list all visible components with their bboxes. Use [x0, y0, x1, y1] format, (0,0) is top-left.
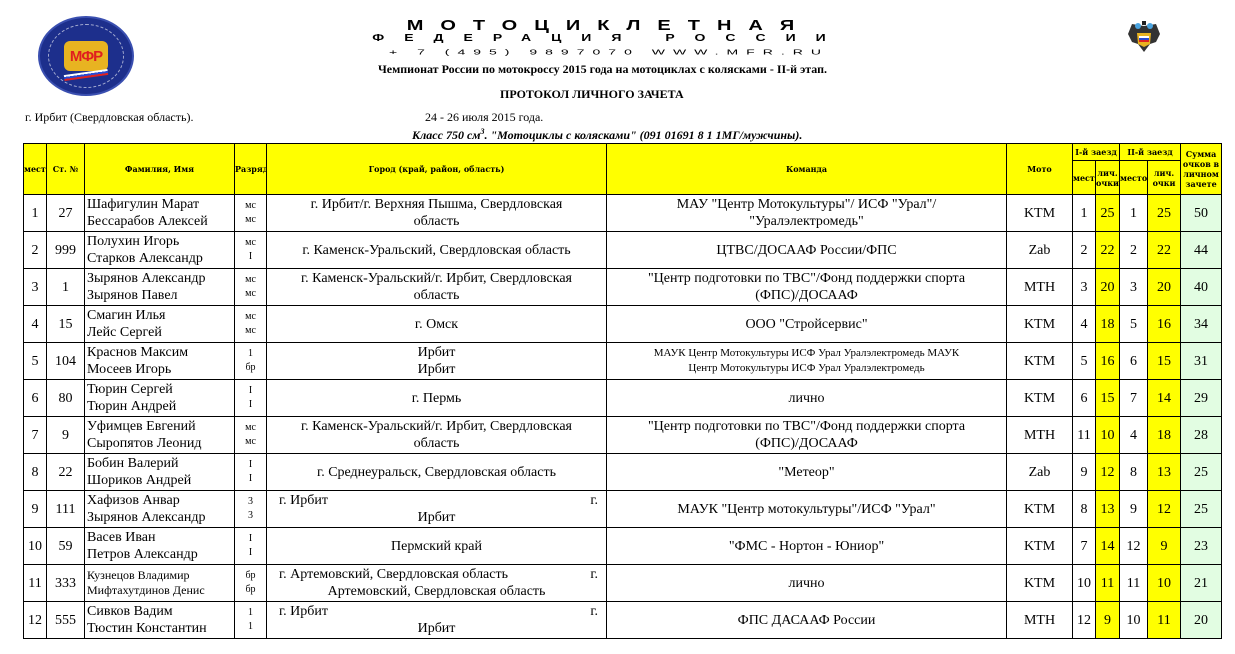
table-row: 2999Полухин ИгорьСтарков АлександрмсIг. …	[24, 232, 1222, 269]
total-cell: 25	[1181, 491, 1222, 528]
team-line-1: "Центр подготовки по ТВС"/Фонд поддержки…	[607, 418, 1006, 435]
city-line-1b: г.	[590, 492, 598, 509]
rank-cell: II	[235, 454, 267, 491]
names-cell: Уфимцев ЕвгенийСыропятов Леонид	[85, 417, 235, 454]
city-cell: г. Ирбитг.Ирбит	[267, 602, 607, 639]
banner-contacts: + 7 (495) 9897070 WWW.MFR.RU	[244, 48, 974, 56]
team-cell: "Центр подготовки по ТВС"/Фонд поддержки…	[607, 269, 1007, 306]
start-no-cell: 333	[47, 565, 85, 602]
team-cell: "ФМС - Нортон - Юниор"	[607, 528, 1007, 565]
city-line-2: область	[267, 287, 606, 304]
moto-cell: MTH	[1007, 269, 1073, 306]
moto-cell: KTM	[1007, 565, 1073, 602]
race1-points-cell: 10	[1096, 417, 1120, 454]
team-cell: МАУК Центр Мотокультуры ИСФ Урал Уралэле…	[607, 343, 1007, 380]
names-cell: Бобин ВалерийШориков Андрей	[85, 454, 235, 491]
city-line-1: г. Ирбит	[279, 603, 328, 620]
col-team: Команда	[607, 144, 1007, 195]
race1-place-cell: 8	[1073, 491, 1096, 528]
banner-line-2: ФЕДЕРАЦИЯ РОССИИ	[244, 34, 974, 42]
race2-points-cell: 10	[1148, 565, 1181, 602]
rider-name: Смагин Илья	[87, 307, 234, 324]
moto-cell: KTM	[1007, 343, 1073, 380]
team-line-1: "ФМС - Нортон - Юниор"	[607, 538, 1006, 555]
city-line-2: Ирбит	[267, 620, 606, 637]
col-moto: Мото	[1007, 144, 1073, 195]
city-line-1: г. Пермь	[267, 390, 606, 407]
race2-points-cell: 11	[1148, 602, 1181, 639]
team-cell: ФПС ДАСААФ России	[607, 602, 1007, 639]
race2-place-cell: 10	[1120, 602, 1148, 639]
city-line-1b: г.	[590, 603, 598, 620]
passenger-name: Бессарабов Алексей	[87, 213, 234, 230]
race2-points-cell: 15	[1148, 343, 1181, 380]
place-cell: 5	[24, 343, 47, 380]
race2-points-cell: 22	[1148, 232, 1181, 269]
city-line-1: г. Каменск-Уральский/г. Ирбит, Свердловс…	[267, 418, 606, 435]
championship-title: Чемпионат России по мотокроссу 2015 года…	[0, 62, 1235, 77]
table-row: 11333Кузнецов ВладимирМифтахутдинов Дени…	[24, 565, 1222, 602]
race1-points-cell: 18	[1096, 306, 1120, 343]
race1-place-cell: 2	[1073, 232, 1096, 269]
protocol-title: ПРОТОКОЛ ЛИЧНОГО ЗАЧЕТА	[500, 87, 684, 102]
col-total: Сумма очков в личном зачете	[1181, 144, 1222, 195]
race2-place-cell: 8	[1120, 454, 1148, 491]
rank-1: 1	[235, 606, 266, 620]
team-line-1: ЦТВС/ДОСААФ России/ФПС	[607, 242, 1006, 259]
rank-1: мс	[235, 236, 266, 250]
rank-cell: II	[235, 528, 267, 565]
place-cell: 10	[24, 528, 47, 565]
col-race1: I-й заезд	[1073, 144, 1120, 161]
start-no-cell: 111	[47, 491, 85, 528]
city-line-2: Артемовский, Свердловская область	[267, 583, 606, 600]
team-cell: лично	[607, 380, 1007, 417]
city-line-1: Пермский край	[267, 538, 606, 555]
rank-2: I	[235, 472, 266, 486]
race1-place-cell: 10	[1073, 565, 1096, 602]
table-row: 9111Хафизов АнварЗырянов Александр33г. И…	[24, 491, 1222, 528]
passenger-name: Сыропятов Леонид	[87, 435, 234, 452]
place-cell: 4	[24, 306, 47, 343]
city-cell: Пермский край	[267, 528, 607, 565]
race1-points-cell: 13	[1096, 491, 1120, 528]
names-cell: Тюрин СергейТюрин Андрей	[85, 380, 235, 417]
col-race1-place: место	[1073, 161, 1096, 195]
place-cell: 3	[24, 269, 47, 306]
rank-2: 1	[235, 620, 266, 634]
rider-name: Кузнецов Владимир	[87, 568, 234, 583]
city-line-1: г. Ирбит/г. Верхняя Пышма, Свердловская	[267, 196, 606, 213]
moto-cell: KTM	[1007, 491, 1073, 528]
logo-ring	[48, 24, 124, 88]
total-cell: 31	[1181, 343, 1222, 380]
rider-name: Хафизов Анвар	[87, 492, 234, 509]
race1-points-cell: 11	[1096, 565, 1120, 602]
race1-place-cell: 12	[1073, 602, 1096, 639]
race1-points-cell: 25	[1096, 195, 1120, 232]
total-cell: 28	[1181, 417, 1222, 454]
team-line-1: МАУК Центр Мотокультуры ИСФ Урал Уралэле…	[607, 346, 1006, 361]
results-body: 127Шафигулин МаратБессарабов Алексеймсмс…	[24, 195, 1222, 639]
rank-cell: 11	[235, 602, 267, 639]
event-dates: 24 - 26 июля 2015 года.	[425, 110, 543, 125]
team-line-1: МАУК "Центр мотокультуры"/ИСФ "Урал"	[607, 501, 1006, 518]
table-row: 822Бобин ВалерийШориков АндрейIIг. Средн…	[24, 454, 1222, 491]
rank-1: мс	[235, 199, 266, 213]
passenger-name: Зырянов Александр	[87, 509, 234, 526]
col-start-no: Ст. №	[47, 144, 85, 195]
race1-place-cell: 7	[1073, 528, 1096, 565]
col-rank: Разряд	[235, 144, 267, 195]
table-row: 415Смагин ИльяЛейс Сергеймсмсг. ОмскООО …	[24, 306, 1222, 343]
rank-2: бр	[235, 583, 266, 597]
rider-name: Шафигулин Марат	[87, 196, 234, 213]
race2-place-cell: 3	[1120, 269, 1148, 306]
passenger-name: Тюрин Андрей	[87, 398, 234, 415]
place-cell: 2	[24, 232, 47, 269]
team-cell: лично	[607, 565, 1007, 602]
city-line-1: г. Каменск-Уральский/г. Ирбит, Свердловс…	[267, 270, 606, 287]
rank-2: мс	[235, 287, 266, 301]
team-line-2: Центр Мотокультуры ИСФ Урал Уралэлектром…	[607, 361, 1006, 376]
city-cell: г. Каменск-Уральский/г. Ирбит, Свердловс…	[267, 417, 607, 454]
rank-cell: II	[235, 380, 267, 417]
total-cell: 21	[1181, 565, 1222, 602]
names-cell: Кузнецов ВладимирМифтахутдинов Денис	[85, 565, 235, 602]
class-suffix: . "Мотоциклы с колясками" (091 01691 8 1…	[485, 128, 803, 142]
passenger-name: Мосеев Игорь	[87, 361, 234, 378]
championship-text: Чемпионат России по мотокроссу 2015 года…	[378, 62, 827, 76]
moto-cell: Zab	[1007, 454, 1073, 491]
rank-1: мс	[235, 310, 266, 324]
place-cell: 12	[24, 602, 47, 639]
rank-cell: 1бр	[235, 343, 267, 380]
place-cell: 9	[24, 491, 47, 528]
team-line-2: (ФПС)/ДОСААФ	[607, 287, 1006, 304]
rank-1: бр	[235, 569, 266, 583]
table-row: 12555Сивков ВадимТюстин Константин11г. И…	[24, 602, 1222, 639]
race2-points-cell: 25	[1148, 195, 1181, 232]
col-city: Город (край, район, область)	[267, 144, 607, 195]
rider-name: Полухин Игорь	[87, 233, 234, 250]
names-cell: Краснов МаксимМосеев Игорь	[85, 343, 235, 380]
race2-points-cell: 20	[1148, 269, 1181, 306]
start-no-cell: 9	[47, 417, 85, 454]
city-cell: г. Ирбит/г. Верхняя Пышма, Свердловскаяо…	[267, 195, 607, 232]
place-cell: 11	[24, 565, 47, 602]
race1-place-cell: 1	[1073, 195, 1096, 232]
race2-place-cell: 9	[1120, 491, 1148, 528]
passenger-name: Шориков Андрей	[87, 472, 234, 489]
moto-cell: KTM	[1007, 380, 1073, 417]
federation-banner: МОТОЦИКЛЕТНАЯ ФЕДЕРАЦИЯ РОССИИ + 7 (495)…	[244, 20, 974, 62]
col-race2-place: место	[1120, 161, 1148, 195]
rider-name: Краснов Максим	[87, 344, 234, 361]
names-cell: Смагин ИльяЛейс Сергей	[85, 306, 235, 343]
rank-2: бр	[235, 361, 266, 375]
col-name: Фамилия, Имя	[85, 144, 235, 195]
team-line-1: "Метеор"	[607, 464, 1006, 481]
race2-place-cell: 7	[1120, 380, 1148, 417]
race2-place-cell: 12	[1120, 528, 1148, 565]
results-table: место Ст. № Фамилия, Имя Разряд Город (к…	[23, 143, 1222, 639]
race2-place-cell: 11	[1120, 565, 1148, 602]
city-cell: г. Омск	[267, 306, 607, 343]
race1-points-cell: 14	[1096, 528, 1120, 565]
rank-2: I	[235, 546, 266, 560]
rider-name: Бобин Валерий	[87, 455, 234, 472]
moto-cell: Zab	[1007, 232, 1073, 269]
moto-cell: MTH	[1007, 417, 1073, 454]
event-place: г. Ирбит (Свердловская область).	[25, 110, 193, 125]
table-row: 1059Васев ИванПетров АлександрIIПермский…	[24, 528, 1222, 565]
city-line-1: г. Артемовский, Свердловская область	[279, 566, 508, 583]
start-no-cell: 555	[47, 602, 85, 639]
race2-place-cell: 4	[1120, 417, 1148, 454]
city-cell: г. Каменск-Уральский, Свердловская облас…	[267, 232, 607, 269]
passenger-name: Мифтахутдинов Денис	[87, 583, 234, 598]
col-race2: II-й заезд	[1120, 144, 1181, 161]
moto-cell: KTM	[1007, 528, 1073, 565]
start-no-cell: 27	[47, 195, 85, 232]
passenger-name: Старков Александр	[87, 250, 234, 267]
race1-place-cell: 4	[1073, 306, 1096, 343]
total-cell: 34	[1181, 306, 1222, 343]
race1-points-cell: 16	[1096, 343, 1120, 380]
mfr-logo: МФР	[38, 16, 134, 96]
rank-1: 3	[235, 495, 266, 509]
total-cell: 23	[1181, 528, 1222, 565]
race2-place-cell: 5	[1120, 306, 1148, 343]
city-cell: г. Артемовский, Свердловская областьг.Ар…	[267, 565, 607, 602]
passenger-name: Петров Александр	[87, 546, 234, 563]
team-cell: МАУ "Центр Мотокультуры"/ ИСФ "Урал"/"Ур…	[607, 195, 1007, 232]
rank-1: I	[235, 458, 266, 472]
total-cell: 40	[1181, 269, 1222, 306]
names-cell: Хафизов АнварЗырянов Александр	[85, 491, 235, 528]
race2-points-cell: 16	[1148, 306, 1181, 343]
race1-place-cell: 9	[1073, 454, 1096, 491]
start-no-cell: 59	[47, 528, 85, 565]
total-cell: 20	[1181, 602, 1222, 639]
team-cell: ЦТВС/ДОСААФ России/ФПС	[607, 232, 1007, 269]
race1-place-cell: 11	[1073, 417, 1096, 454]
banner-line-1: МОТОЦИКЛЕТНАЯ	[244, 20, 974, 31]
class-line: Класс 750 см3. "Мотоциклы с колясками" (…	[412, 127, 802, 143]
moto-cell: KTM	[1007, 195, 1073, 232]
col-place: место	[24, 144, 47, 195]
rank-1: I	[235, 384, 266, 398]
names-cell: Сивков ВадимТюстин Константин	[85, 602, 235, 639]
team-line-1: МАУ "Центр Мотокультуры"/ ИСФ "Урал"/	[607, 196, 1006, 213]
race1-place-cell: 3	[1073, 269, 1096, 306]
rank-1: 1	[235, 347, 266, 361]
rider-name: Тюрин Сергей	[87, 381, 234, 398]
team-cell: "Центр подготовки по ТВС"/Фонд поддержки…	[607, 417, 1007, 454]
team-cell: ООО "Стройсервис"	[607, 306, 1007, 343]
team-line-1: лично	[607, 575, 1006, 592]
place-cell: 7	[24, 417, 47, 454]
total-cell: 50	[1181, 195, 1222, 232]
race1-points-cell: 15	[1096, 380, 1120, 417]
rank-cell: мсмс	[235, 306, 267, 343]
names-cell: Зырянов АлександрЗырянов Павел	[85, 269, 235, 306]
place-cell: 1	[24, 195, 47, 232]
rank-1: мс	[235, 273, 266, 287]
race1-place-cell: 5	[1073, 343, 1096, 380]
city-line-2: область	[267, 213, 606, 230]
passenger-name: Тюстин Константин	[87, 620, 234, 637]
race2-points-cell: 14	[1148, 380, 1181, 417]
rank-cell: мсмс	[235, 417, 267, 454]
race1-place-cell: 6	[1073, 380, 1096, 417]
table-row: 127Шафигулин МаратБессарабов Алексеймсмс…	[24, 195, 1222, 232]
start-no-cell: 15	[47, 306, 85, 343]
rank-1: мс	[235, 421, 266, 435]
team-line-1: "Центр подготовки по ТВС"/Фонд поддержки…	[607, 270, 1006, 287]
start-no-cell: 104	[47, 343, 85, 380]
moto-cell: KTM	[1007, 306, 1073, 343]
moto-cell: MTH	[1007, 602, 1073, 639]
city-line-1: г. Среднеуральск, Свердловская область	[267, 464, 606, 481]
rank-cell: мсI	[235, 232, 267, 269]
coat-of-arms-icon	[1124, 20, 1164, 56]
city-line-1: г. Омск	[267, 316, 606, 333]
city-line-1: г. Каменск-Уральский, Свердловская облас…	[267, 242, 606, 259]
rank-cell: мсмс	[235, 195, 267, 232]
start-no-cell: 22	[47, 454, 85, 491]
team-cell: МАУК "Центр мотокультуры"/ИСФ "Урал"	[607, 491, 1007, 528]
total-cell: 29	[1181, 380, 1222, 417]
rank-1: I	[235, 532, 266, 546]
col-race2-points: лич. очки	[1148, 161, 1181, 195]
team-cell: "Метеор"	[607, 454, 1007, 491]
names-cell: Полухин ИгорьСтарков Александр	[85, 232, 235, 269]
rider-name: Васев Иван	[87, 529, 234, 546]
race1-points-cell: 12	[1096, 454, 1120, 491]
total-cell: 44	[1181, 232, 1222, 269]
city-line-2: Ирбит	[267, 361, 606, 378]
race2-points-cell: 13	[1148, 454, 1181, 491]
place-cell: 8	[24, 454, 47, 491]
class-prefix: Класс 750 см	[412, 128, 481, 142]
city-cell: г. Ирбитг.Ирбит	[267, 491, 607, 528]
race2-place-cell: 1	[1120, 195, 1148, 232]
team-line-1: лично	[607, 390, 1006, 407]
passenger-name: Лейс Сергей	[87, 324, 234, 341]
city-line-2: область	[267, 435, 606, 452]
rank-2: мс	[235, 435, 266, 449]
city-line-1b: г.	[590, 566, 598, 583]
rider-name: Уфимцев Евгений	[87, 418, 234, 435]
table-row: 79Уфимцев ЕвгенийСыропятов Леонидмсмсг. …	[24, 417, 1222, 454]
race2-place-cell: 2	[1120, 232, 1148, 269]
start-no-cell: 1	[47, 269, 85, 306]
col-race1-points: лич. очки	[1096, 161, 1120, 195]
names-cell: Шафигулин МаратБессарабов Алексей	[85, 195, 235, 232]
passenger-name: Зырянов Павел	[87, 287, 234, 304]
table-row: 5104Краснов МаксимМосеев Игорь1брИрбитИр…	[24, 343, 1222, 380]
rank-2: 3	[235, 509, 266, 523]
rider-name: Сивков Вадим	[87, 603, 234, 620]
team-line-1: ФПС ДАСААФ России	[607, 612, 1006, 629]
race1-points-cell: 22	[1096, 232, 1120, 269]
rank-2: мс	[235, 213, 266, 227]
start-no-cell: 80	[47, 380, 85, 417]
names-cell: Васев ИванПетров Александр	[85, 528, 235, 565]
rank-cell: 33	[235, 491, 267, 528]
total-cell: 25	[1181, 454, 1222, 491]
city-line-1: Ирбит	[267, 344, 606, 361]
team-line-1: ООО "Стройсервис"	[607, 316, 1006, 333]
rank-2: мс	[235, 324, 266, 338]
table-row: 680Тюрин СергейТюрин АндрейIIг. Пермьлич…	[24, 380, 1222, 417]
city-line-1: г. Ирбит	[279, 492, 328, 509]
city-cell: г. Пермь	[267, 380, 607, 417]
city-cell: ИрбитИрбит	[267, 343, 607, 380]
rank-2: I	[235, 250, 266, 264]
team-line-2: "Уралэлектромедь"	[607, 213, 1006, 230]
race2-points-cell: 18	[1148, 417, 1181, 454]
rider-name: Зырянов Александр	[87, 270, 234, 287]
race2-place-cell: 6	[1120, 343, 1148, 380]
city-cell: г. Среднеуральск, Свердловская область	[267, 454, 607, 491]
city-cell: г. Каменск-Уральский/г. Ирбит, Свердловс…	[267, 269, 607, 306]
race2-points-cell: 9	[1148, 528, 1181, 565]
rank-cell: брбр	[235, 565, 267, 602]
city-line-2: Ирбит	[267, 509, 606, 526]
race1-points-cell: 20	[1096, 269, 1120, 306]
place-cell: 6	[24, 380, 47, 417]
rank-cell: мсмс	[235, 269, 267, 306]
start-no-cell: 999	[47, 232, 85, 269]
table-row: 31Зырянов АлександрЗырянов Павелмсмсг. К…	[24, 269, 1222, 306]
rank-2: I	[235, 398, 266, 412]
team-line-2: (ФПС)/ДОСААФ	[607, 435, 1006, 452]
race2-points-cell: 12	[1148, 491, 1181, 528]
race1-points-cell: 9	[1096, 602, 1120, 639]
